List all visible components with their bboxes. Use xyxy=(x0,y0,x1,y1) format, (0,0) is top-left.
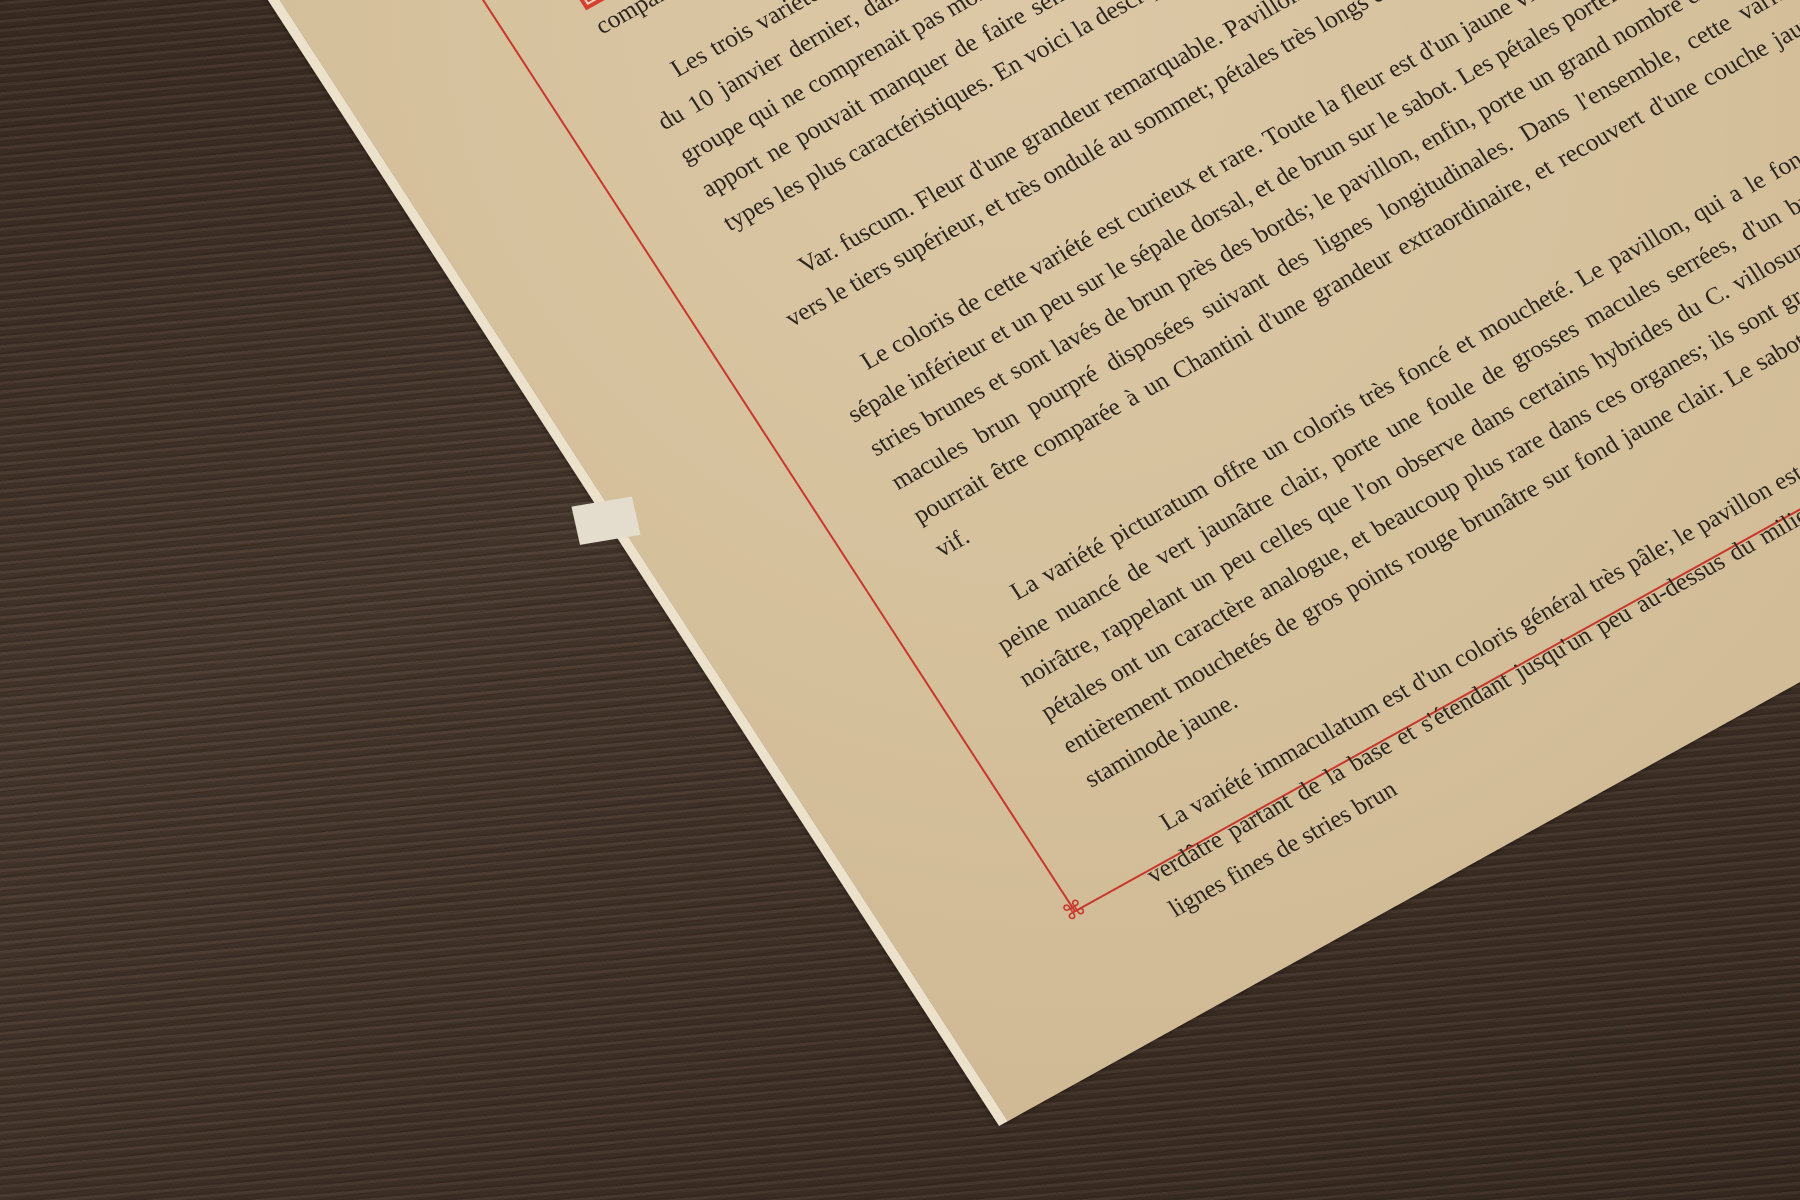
torn-page-edge xyxy=(571,497,640,545)
page-content: PL. DLXIII CYPRIPEDIUM INSIGNE WALL. VAR… xyxy=(389,0,1800,957)
body-text: L a nouvelle planche que nous consacrons… xyxy=(544,0,1800,928)
red-border-frame: ⌘ ⌘ ⌘ ⌘ PL. DLXIII CYPRIPEDIUM INSIGNE W… xyxy=(267,0,1800,913)
corner-ornament-icon: ⌘ xyxy=(1056,894,1093,928)
printed-page: ⌘ ⌘ ⌘ ⌘ PL. DLXIII CYPRIPEDIUM INSIGNE W… xyxy=(60,0,1800,1126)
